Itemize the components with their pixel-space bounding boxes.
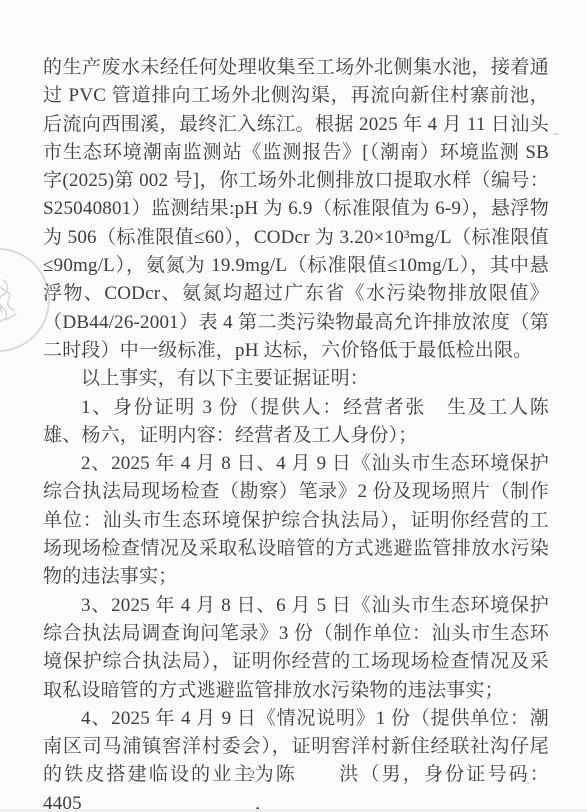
scan-speck <box>527 782 530 784</box>
scan-speck <box>553 133 559 135</box>
paragraph: 1、身份证明 3 份（提供人：经营者张 生及工人陈 雄、杨六，证明内容：经营者及… <box>43 394 549 451</box>
paragraph: 以上事实，有以下主要证据证明： <box>43 365 549 393</box>
scanned-document-page: 的生产废水未经任何处理收集至工场外北侧集水池，接着通过 PVC 管道排向工场外北… <box>0 0 587 812</box>
paragraph: 2、2025 年 4 月 8 日、4 月 9 日《汕头市生态环境保护综合执法局现… <box>43 450 549 591</box>
paragraph: 3、2025 年 4 月 8 日、6 月 5 日《汕头市生态环境保护综合执法局调… <box>43 592 549 705</box>
paragraph: 的生产废水未经任何处理收集至工场外北侧集水池，接着通过 PVC 管道排向工场外北… <box>43 54 549 365</box>
paragraph: 4、2025 年 4 月 9 日《情况说明》1 份（提供单位：潮南区司马浦镇窖洋… <box>43 705 549 812</box>
page-number: 2 <box>249 767 255 782</box>
document-body: 的生产废水未经任何处理收集至工场外北侧集水池，接着通过 PVC 管道排向工场外北… <box>43 54 549 812</box>
